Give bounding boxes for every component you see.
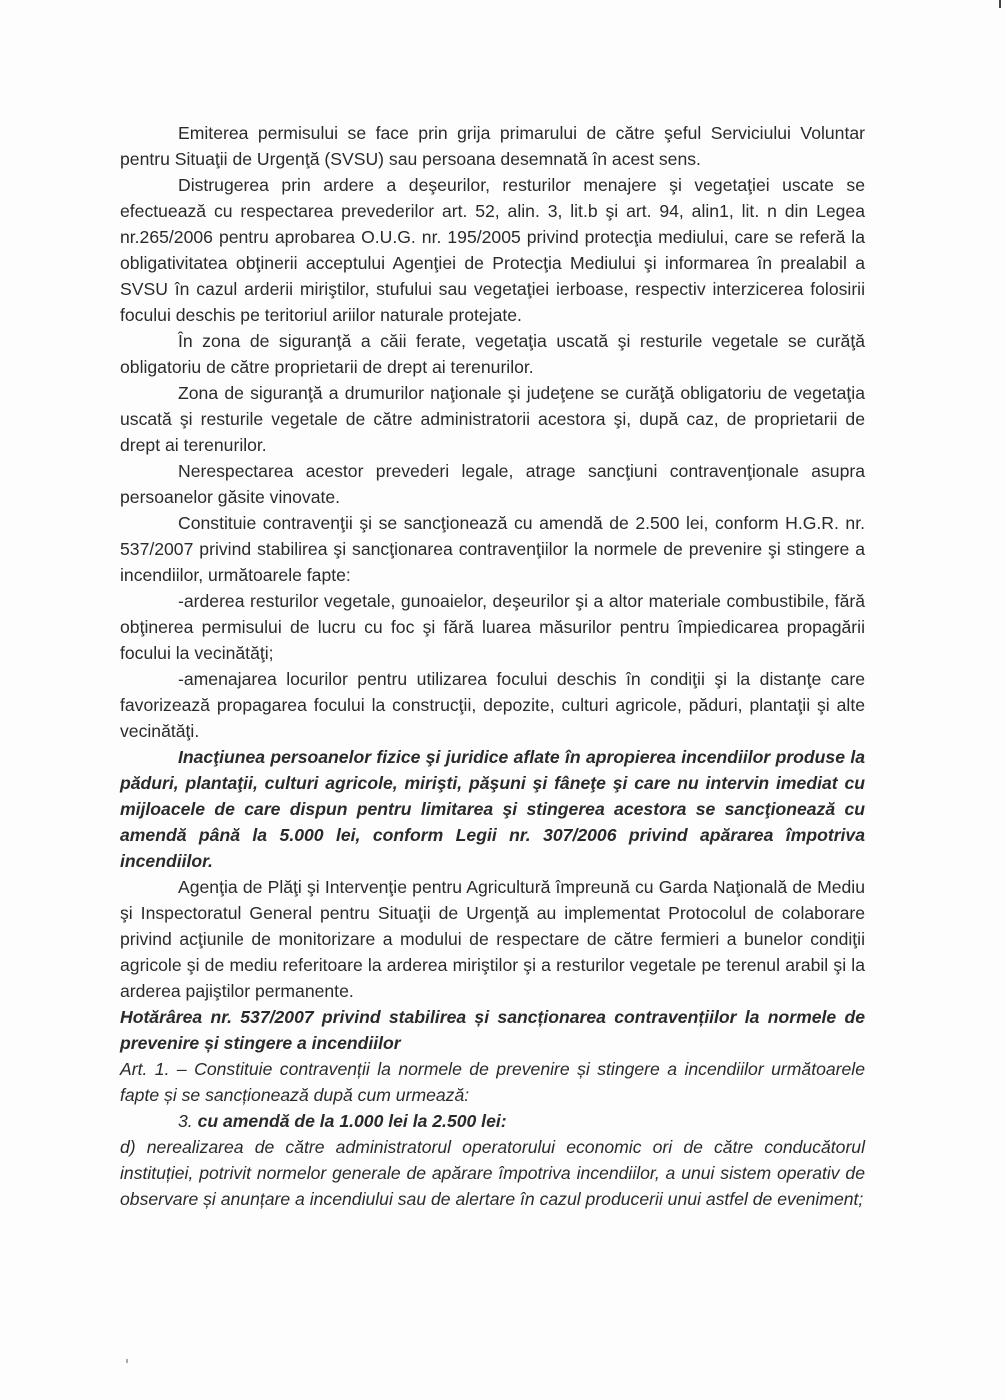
paragraph-road-zone: Zona de siguranţă a drumurilor naţionale… [120,380,865,458]
paragraph-inaction-fine: Inacţiunea persoanelor fizice şi juridic… [120,744,865,874]
paragraph-item-burning: -arderea resturilor vegetale, gunoaielor… [120,588,865,666]
item-number: 3. [178,1111,198,1131]
paragraph-contraventions: Constituie contravenţii şi se sancţionea… [120,510,865,588]
scan-mark [999,0,1001,8]
paragraph-railway-zone: În zona de siguranţă a căii ferate, vege… [120,328,865,380]
paragraph-permit-issuance: Emiterea permisului se face prin grija p… [120,120,865,172]
paragraph-item-fire-places: -amenajarea locurilor pentru utilizarea … [120,666,865,744]
heading-hotarare: Hotărârea nr. 537/2007 privind stabilire… [120,1004,865,1056]
fine-range-text: cu amendă de la 1.000 lei la 2.500 lei: [198,1111,507,1131]
paragraph-sanctions: Nerespectarea acestor prevederi legale, … [120,458,865,510]
paragraph-art1: Art. 1. – Constituie contravenții la nor… [120,1056,865,1108]
paragraph-fine-range: 3. cu amendă de la 1.000 lei la 2.500 le… [120,1108,865,1134]
paragraph-item-d: d) nerealizarea de către administratorul… [120,1134,865,1212]
paragraph-burning-waste: Distrugerea prin ardere a deşeurilor, re… [120,172,865,328]
paragraph-protocol: Agenţia de Plăţi şi Intervenţie pentru A… [120,874,865,1004]
document-page: Emiterea permisului se face prin grija p… [120,120,865,1212]
scan-speck [126,1359,128,1363]
